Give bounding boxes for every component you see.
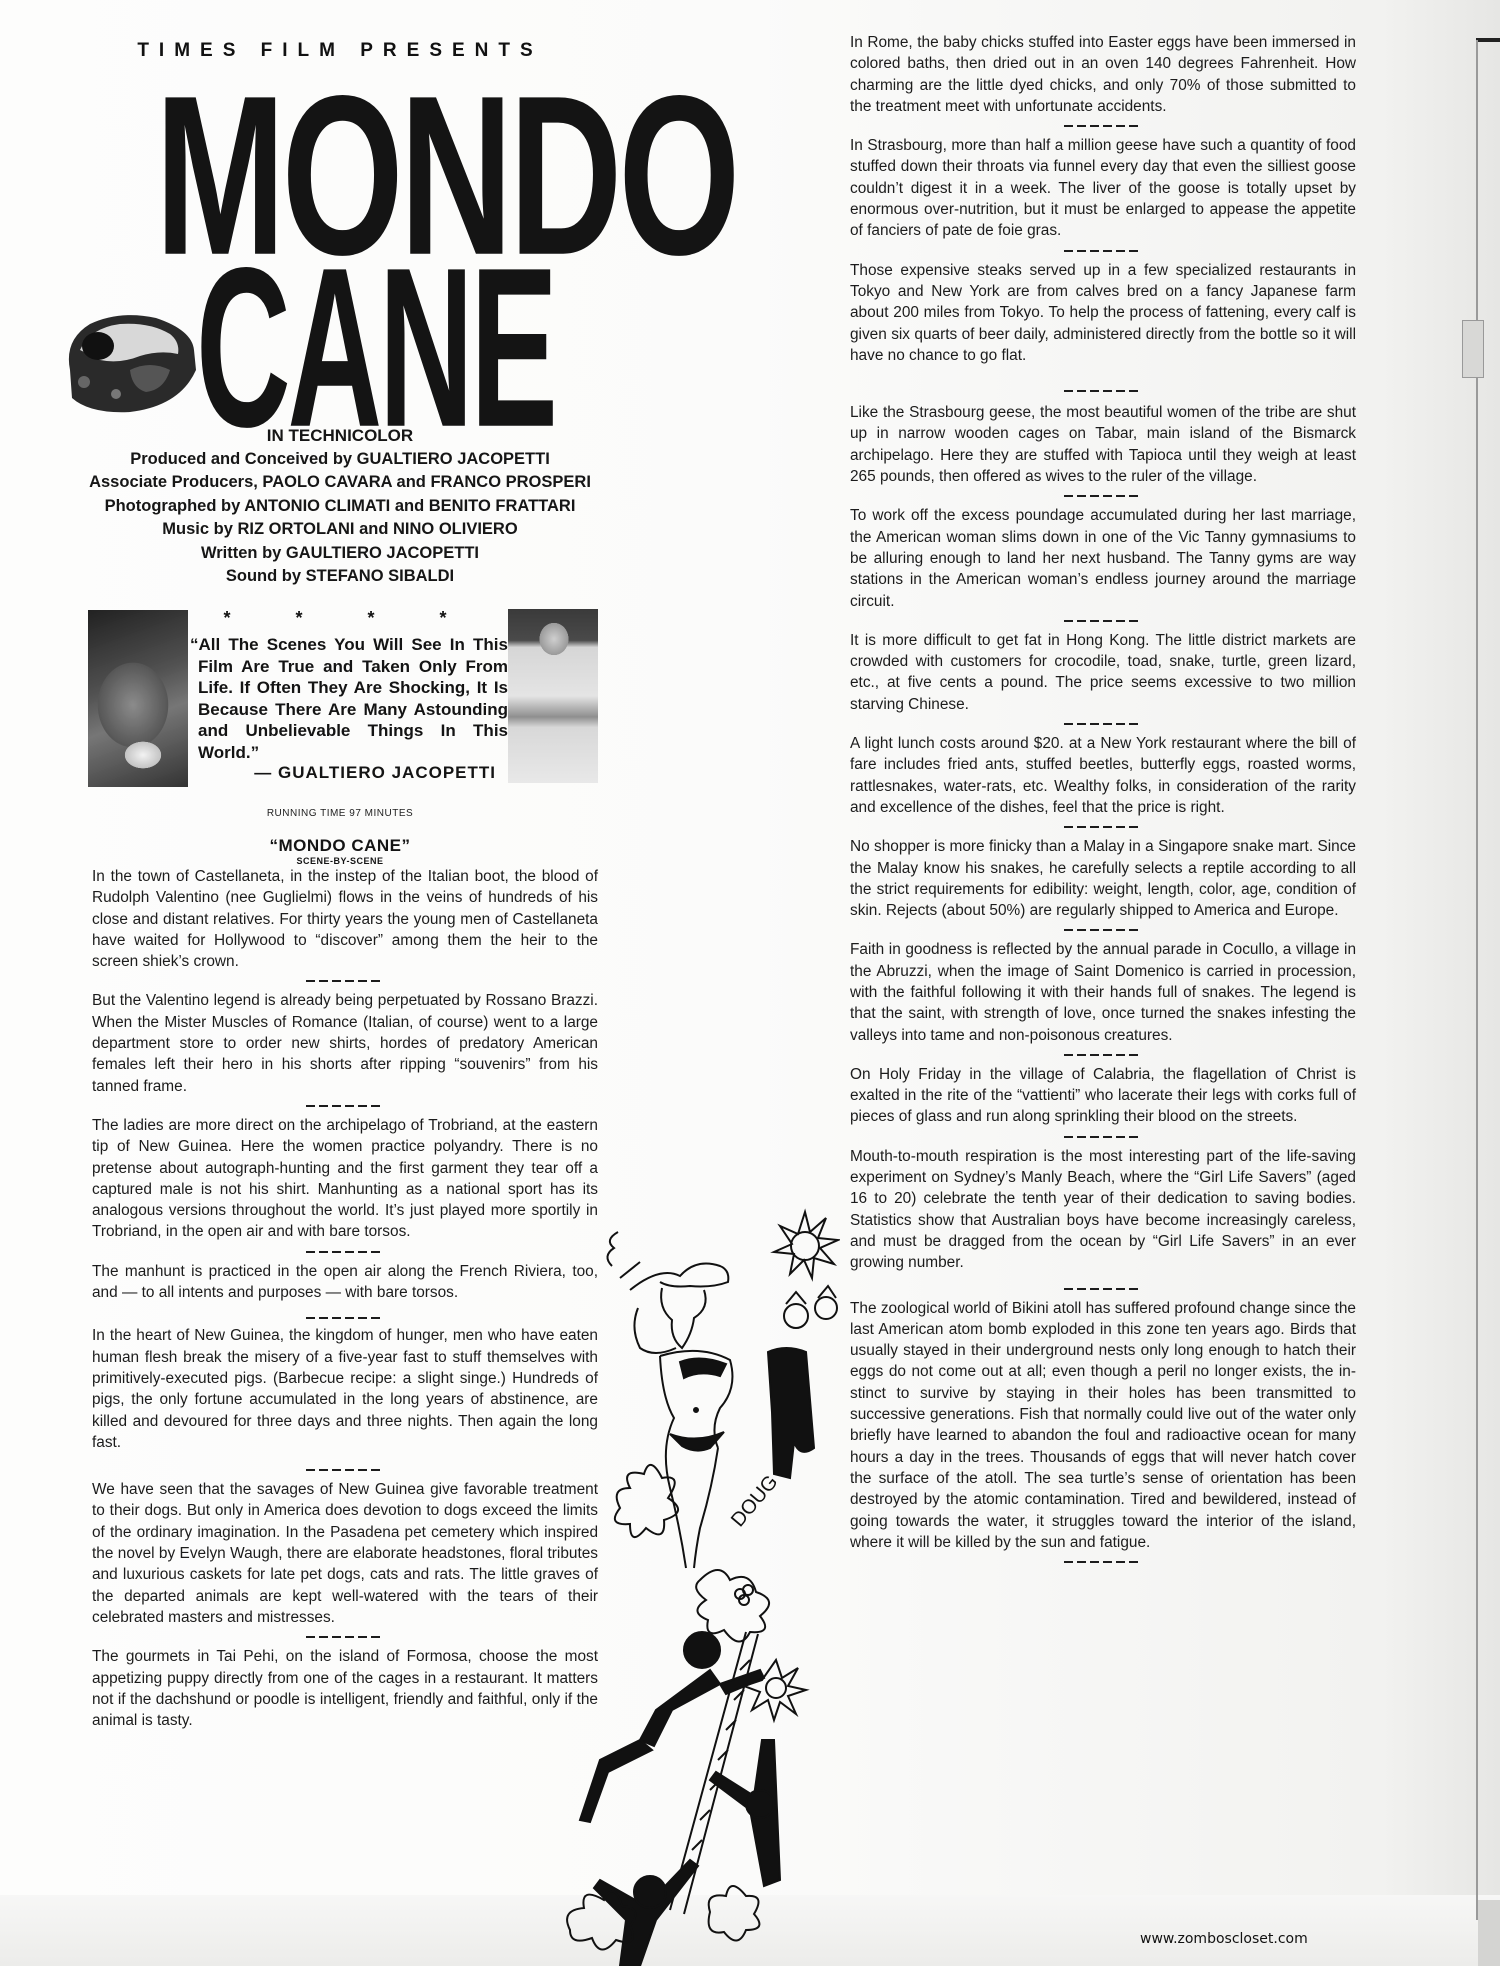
separator (1064, 248, 1142, 254)
credit-line: Written by GAULTIERO JACOPETTI (30, 542, 650, 566)
paragraph: No shopper is more finicky than a Malay … (850, 836, 1356, 921)
paragraph: It is more difficult to get fat in Hong … (850, 630, 1356, 715)
leaf-icon (615, 1465, 678, 1537)
sun-icon (744, 1660, 806, 1720)
binding-tab (1462, 320, 1484, 378)
paragraph: The ladies are more direct on the archip… (92, 1115, 598, 1243)
palm-tree-illustration (560, 1560, 810, 1966)
star-divider: * * * * (200, 608, 500, 629)
paragraph: A light lunch costs around $20. at a New… (850, 733, 1356, 818)
separator (1064, 1559, 1142, 1565)
paragraph: In the town of Castellaneta, in the inst… (92, 866, 598, 972)
separator (306, 1467, 384, 1473)
source-watermark: www.zomboscloset.com (1140, 1931, 1308, 1947)
photo-screaming-woman (88, 610, 188, 787)
paragraph: In Strasbourg, more than half a million … (850, 135, 1356, 241)
bikini-woman-illustration: DOUG (600, 1148, 840, 1578)
credit-line: Music by RIZ ORTOLANI and NINO OLIVIERO (30, 518, 650, 542)
section-title: “MONDO CANE” (100, 836, 580, 856)
paragraph: Like the Strasbourg geese, the most beau… (850, 402, 1356, 487)
separator (306, 1103, 384, 1109)
paragraph: On Holy Friday in the village of Calabri… (850, 1064, 1356, 1128)
paragraph: But the Valentino legend is already bein… (92, 990, 598, 1096)
separator (306, 1315, 384, 1321)
running-time: RUNNING TIME 97 MINUTES (100, 808, 580, 819)
paragraph: In Rome, the baby chicks stuffed into Ea… (850, 32, 1356, 117)
separator (1064, 123, 1142, 129)
credits-block: IN TECHNICOLOR Produced and Conceived by… (30, 424, 650, 589)
left-text-column: In the town of Castellaneta, in the inst… (92, 866, 598, 1731)
right-text-column: In Rome, the baby chicks stuffed into Ea… (850, 32, 1356, 1571)
paragraph: The manhunt is practiced in the open air… (92, 1261, 598, 1304)
paragraph: The zoological world of Bikini atoll has… (850, 1298, 1356, 1554)
separator (1064, 1134, 1142, 1140)
separator (306, 1249, 384, 1255)
separator (306, 978, 384, 984)
technicolor-line: IN TECHNICOLOR (30, 424, 650, 448)
separator (1064, 618, 1142, 624)
paragraph: The gourmets in Tai Pehi, on the island … (92, 1646, 598, 1731)
palm-tree-icon (670, 1570, 769, 1914)
paragraph: Mouth-to-mouth respiration is the most i… (850, 1146, 1356, 1274)
binding-corner (1478, 1900, 1500, 1966)
skull-icon (60, 310, 196, 414)
paragraph: To work off the excess poundage accumula… (850, 505, 1356, 611)
quote-author: — GUALTIERO JACOPETTI (200, 763, 496, 783)
separator (1064, 493, 1142, 499)
credit-line: Associate Producers, PAOLO CAVARA and FR… (30, 471, 650, 495)
separator (1064, 388, 1142, 394)
credit-line: Sound by STEFANO SIBALDI (30, 565, 650, 589)
separator (1064, 1286, 1142, 1292)
paragraph: Faith in goodness is reflected by the an… (850, 939, 1356, 1045)
credit-line: Produced and Conceived by GUALTIERO JACO… (30, 448, 650, 472)
paragraph: We have seen that the savages of New Gui… (92, 1479, 598, 1628)
separator (1064, 927, 1142, 933)
sun-icon (774, 1212, 838, 1278)
separator (1064, 721, 1142, 727)
section-subtitle: SCENE-BY-SCENE (100, 856, 580, 866)
separator (1064, 1052, 1142, 1058)
paragraph: In the heart of New Guinea, the kingdom … (92, 1325, 598, 1453)
separator (1064, 824, 1142, 830)
photo-bikini-woman (508, 609, 598, 783)
separator (306, 1634, 384, 1640)
director-quote: “All The Scenes You Will See In This Fil… (190, 634, 508, 763)
binding-edge-top (1476, 38, 1500, 42)
artist-signature: DOUG (727, 1471, 782, 1531)
paragraph: Those expensive steaks served up in a fe… (850, 260, 1356, 366)
sailors-icon (768, 1286, 837, 1478)
dancers-icon (594, 1740, 780, 1966)
credit-line: Photographed by ANTONIO CLIMATI and BENI… (30, 495, 650, 519)
